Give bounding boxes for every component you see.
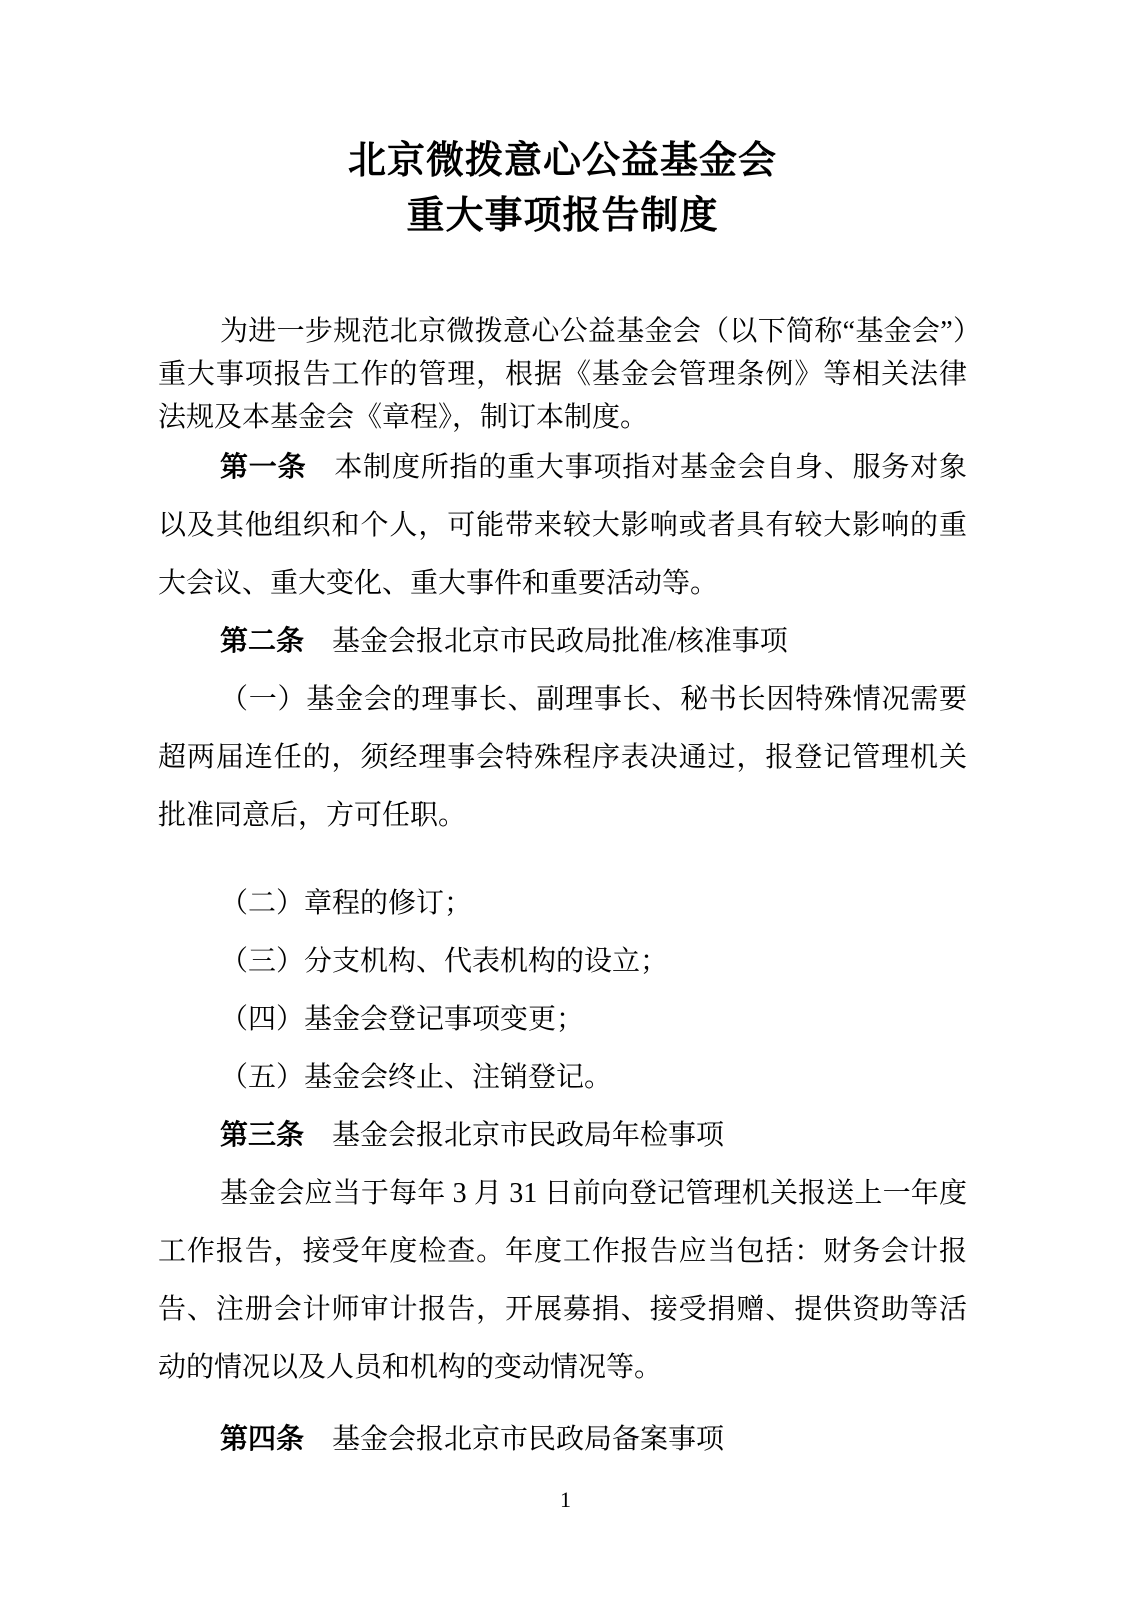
article-label: 第一条 bbox=[220, 452, 306, 483]
article-paragraph: 第一条本制度所指的重大事项指对基金会自身、服务对象以及其他组织和个人，可能带来较… bbox=[158, 439, 967, 613]
body-paragraph: （二）章程的修订； bbox=[158, 875, 967, 933]
body-paragraph: （一）基金会的理事长、副理事长、秘书长因特殊情况需要超两届连任的，须经理事会特殊… bbox=[158, 671, 967, 845]
page-number: 1 bbox=[560, 1487, 571, 1512]
body-paragraph: （五）基金会终止、注销登记。 bbox=[158, 1049, 967, 1107]
document-title-line-2: 重大事项报告制度 bbox=[158, 189, 967, 244]
document-title-line-1: 北京微拨意心公益基金会 bbox=[158, 134, 967, 189]
article-paragraph: 第二条基金会报北京市民政局批准/核准事项 bbox=[158, 613, 967, 671]
body-paragraph: （四）基金会登记事项变更； bbox=[158, 991, 967, 1049]
document-title: 北京微拨意心公益基金会 重大事项报告制度 bbox=[158, 134, 967, 244]
document-body: 为进一步规范北京微拨意心公益基金会（以下简称“基金会”）重大事项报告工作的管理，… bbox=[158, 310, 967, 1469]
document-page: 北京微拨意心公益基金会 重大事项报告制度 为进一步规范北京微拨意心公益基金会（以… bbox=[0, 0, 1131, 1600]
page-footer: 1 bbox=[0, 1487, 1131, 1513]
article-label: 第三条 bbox=[220, 1120, 304, 1151]
article-label: 第二条 bbox=[220, 626, 304, 657]
article-label: 第四条 bbox=[220, 1424, 304, 1455]
article-paragraph: 第四条基金会报北京市民政局备案事项 bbox=[158, 1411, 967, 1469]
body-paragraph: 为进一步规范北京微拨意心公益基金会（以下简称“基金会”）重大事项报告工作的管理，… bbox=[158, 310, 967, 439]
body-paragraph: （三）分支机构、代表机构的设立； bbox=[158, 933, 967, 991]
body-paragraph: 基金会应当于每年 3 月 31 日前向登记管理机关报送上一年度工作报告，接受年度… bbox=[158, 1165, 967, 1397]
article-paragraph: 第三条基金会报北京市民政局年检事项 bbox=[158, 1107, 967, 1165]
